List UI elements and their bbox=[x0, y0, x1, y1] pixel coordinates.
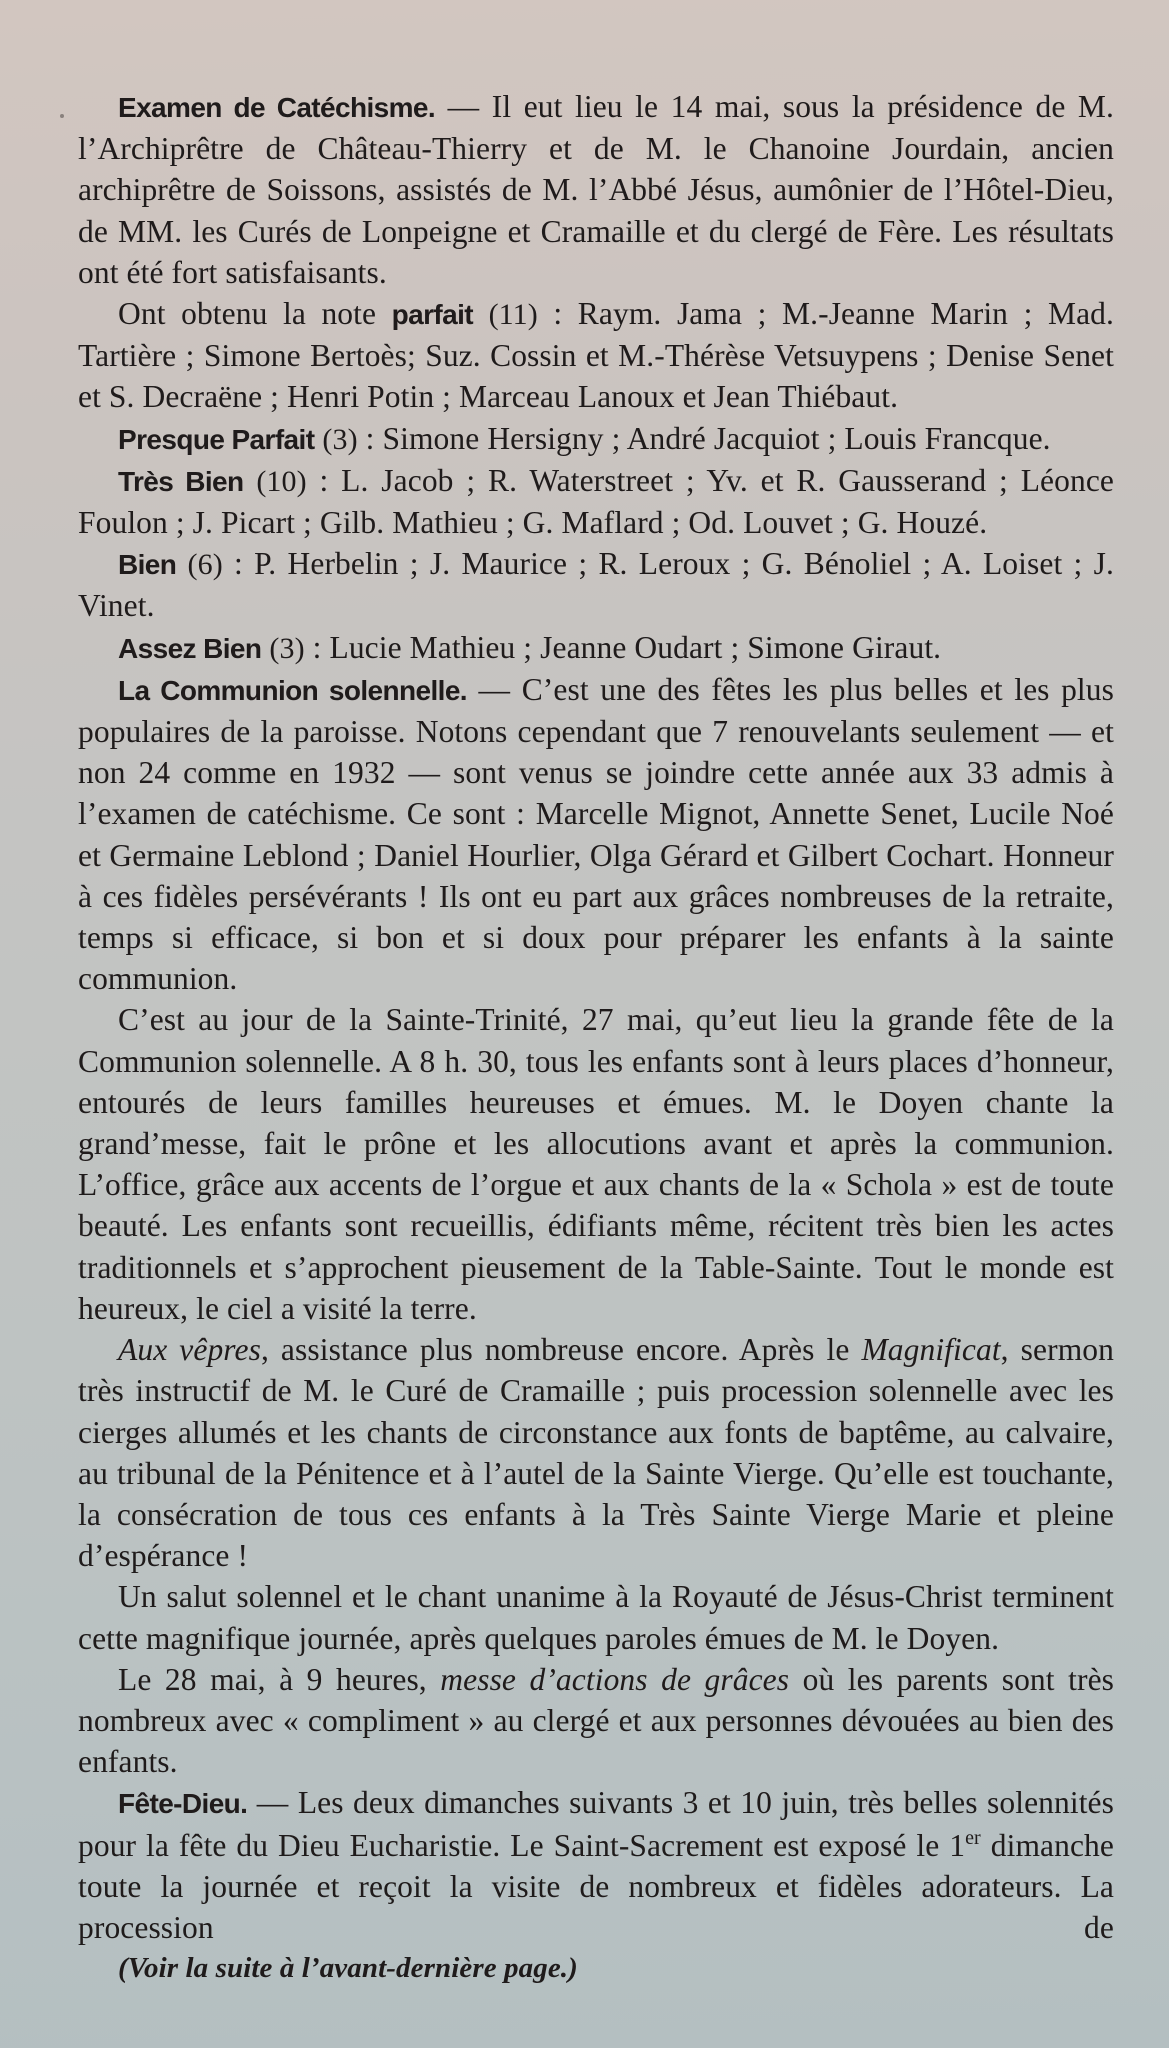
dash: — bbox=[435, 89, 492, 124]
paragraph-messe-actions-graces: Le 28 mai, à 9 heures, messe d’actions d… bbox=[78, 1659, 1114, 1783]
paragraph-grade-bien: Bien (6) : P. Herbelin ; J. Maurice ; R.… bbox=[78, 543, 1114, 626]
paper-speck bbox=[683, 652, 686, 655]
section-heading-communion: La Communion solennelle. bbox=[118, 675, 467, 706]
messe-text-start: Le 28 mai, à 9 heures, bbox=[118, 1662, 440, 1697]
grade-count: (3) bbox=[322, 423, 357, 456]
communion-p1: C’est une des fêtes les plus belles et l… bbox=[78, 672, 1114, 996]
results-intro: Ont obtenu la note bbox=[118, 296, 392, 331]
grade-label: Assez Bien bbox=[118, 633, 261, 664]
grade-names: : P. Herbelin ; J. Maurice ; R. Leroux ;… bbox=[78, 546, 1114, 623]
paragraph-grade-assez-bien: Assez Bien (3) : Lucie Mathieu ; Jeanne … bbox=[78, 627, 1114, 669]
communion-p2: C’est au jour de la Sainte-Trinité, 27 m… bbox=[78, 1002, 1114, 1325]
grade-label: parfait bbox=[392, 299, 473, 330]
paragraph-grade-tres-bien: Très Bien (10) : L. Jacob ; R. Waterstre… bbox=[78, 460, 1114, 543]
paragraph-grade-presque-parfait: Presque Parfait (3) : Simone Hersigny ; … bbox=[78, 418, 1114, 460]
grade-label: Bien bbox=[118, 549, 176, 580]
salut-text: Un salut solennel et le chant unanime à … bbox=[78, 1579, 1114, 1655]
grade-count: (3) bbox=[269, 632, 304, 665]
grade-count: (11) bbox=[489, 298, 538, 331]
dash: — bbox=[247, 1785, 297, 1820]
paragraph-examen: Examen de Catéchisme. — Il eut lieu le 1… bbox=[78, 86, 1114, 293]
grade-label: Presque Parfait bbox=[118, 424, 314, 455]
paper-speck bbox=[60, 114, 64, 118]
dash: — bbox=[467, 672, 522, 707]
grade-label: Très Bien bbox=[118, 466, 244, 497]
grade-count: (10) bbox=[256, 465, 306, 498]
section-heading-fete-dieu: Fête-Dieu. bbox=[118, 1788, 247, 1819]
vepres-text: , assistance plus nombreuse encore. Aprè… bbox=[261, 1332, 862, 1367]
grade-names: : Lucie Mathieu ; Jeanne Oudart ; Simone… bbox=[305, 630, 941, 665]
grade-names: : Simone Hersigny ; André Jacquiot ; Lou… bbox=[358, 421, 1051, 456]
paragraph-salut: Un salut solennel et le chant unanime à … bbox=[78, 1576, 1114, 1658]
paragraph-communion-day: C’est au jour de la Sainte-Trinité, 27 m… bbox=[78, 999, 1114, 1329]
paragraph-vepres: Aux vêpres, assistance plus nombreuse en… bbox=[78, 1329, 1114, 1576]
ordinal-superscript: er bbox=[965, 1827, 981, 1849]
paragraph-communion-intro: La Communion solennelle. — C’est une des… bbox=[78, 669, 1114, 1000]
vepres-text-end: , sermon très instructif de M. le Curé d… bbox=[78, 1332, 1114, 1573]
magnificat-italic: Magnificat bbox=[861, 1332, 1000, 1367]
paragraph-grade-parfait: Ont obtenu la note parfait (11) : Raym. … bbox=[78, 293, 1114, 418]
messe-italic: messe d’actions de grâces bbox=[440, 1662, 789, 1697]
continuation-note: (Voir la suite à l’avant-dernière page.) bbox=[78, 1948, 1114, 1989]
section-heading-examen: Examen de Catéchisme. bbox=[118, 92, 435, 123]
document-page: Examen de Catéchisme. — Il eut lieu le 1… bbox=[78, 86, 1114, 1989]
vepres-italic: Aux vêpres bbox=[118, 1332, 261, 1367]
grade-count: (6) bbox=[188, 548, 223, 581]
paragraph-fete-dieu: Fête-Dieu. — Les deux dimanches suivants… bbox=[78, 1782, 1114, 1948]
